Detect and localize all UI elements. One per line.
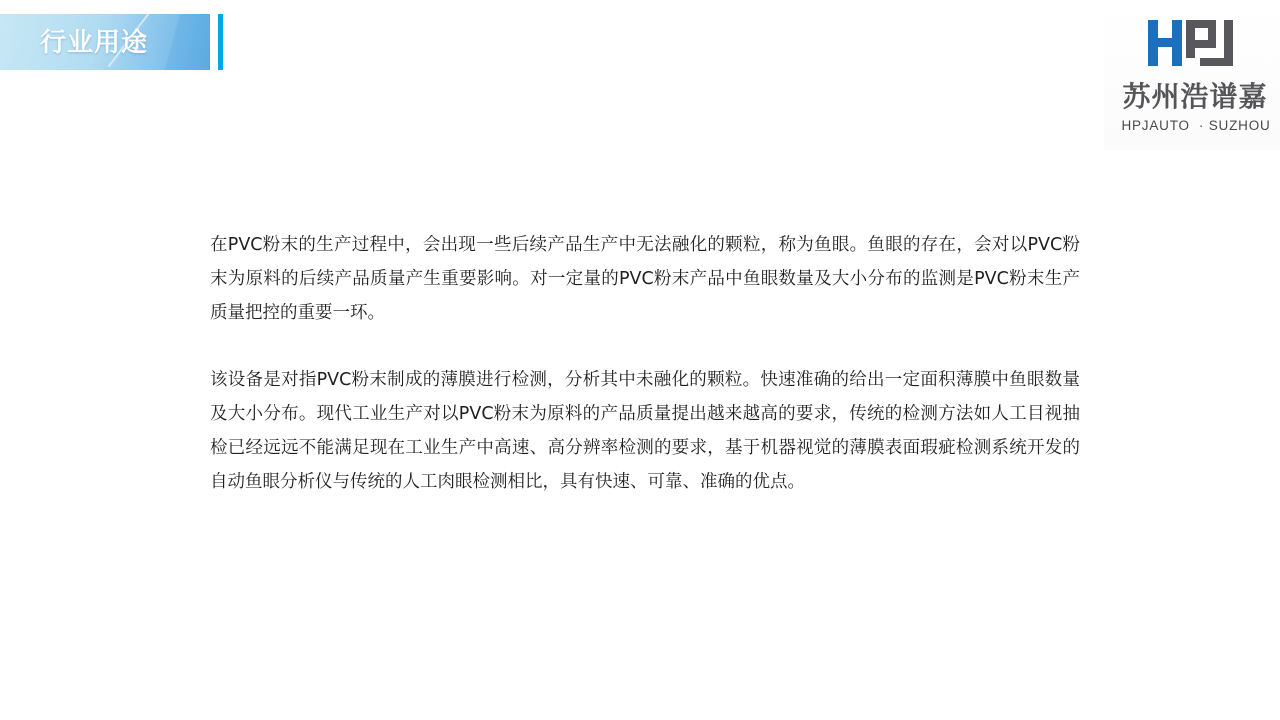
company-logo: 苏州浩谱嘉 HPJAUTO · SUZHOU bbox=[1104, 0, 1280, 150]
section-header-banner: 行业用途 bbox=[0, 14, 210, 70]
paragraph-fisheye-intro: 在PVC粉末的生产过程中，会出现一些后续产品生产中无法融化的颗粒，称为鱼眼。鱼眼… bbox=[210, 229, 1080, 330]
body-text: 在PVC粉末的生产过程中，会出现一些后续产品生产中无法融化的颗粒，称为鱼眼。鱼眼… bbox=[210, 229, 1080, 499]
header-accent-bar bbox=[218, 14, 223, 70]
section-title: 行业用途 bbox=[40, 28, 148, 58]
company-tagline-en: HPJAUTO · SUZHOU bbox=[1118, 117, 1274, 135]
company-name-cn: 苏州浩谱嘉 bbox=[1120, 80, 1270, 114]
paragraph-device-description: 该设备是对指PVC粉末制成的薄膜进行检测，分析其中未融化的颗粒。快速准确的给出一… bbox=[210, 364, 1080, 499]
hpj-logo-icon bbox=[1148, 18, 1244, 68]
